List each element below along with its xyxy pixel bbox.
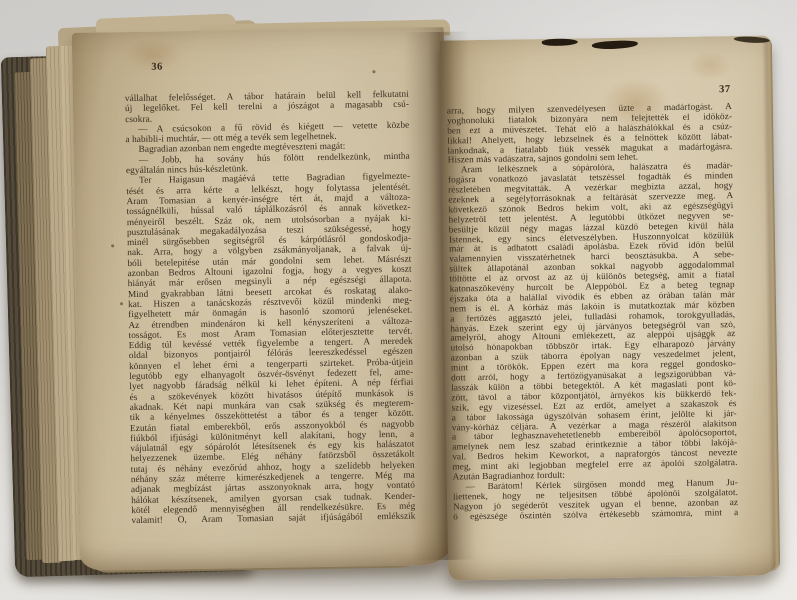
paper-speck [372, 70, 375, 73]
left-page-text: vállalhat felelősséget. A tábor határain… [125, 90, 416, 527]
paper-speck [120, 302, 123, 305]
paper-speck [111, 244, 114, 247]
right-page-text: arra, hogy milyen szenvedélyesen űzte a … [447, 103, 738, 523]
page-number-left: 36 [124, 57, 434, 73]
left-page: 36 vállalhat felelősséget. A tábor határ… [72, 27, 452, 571]
book-photo: 36 vállalhat felelősséget. A tábor határ… [0, 0, 797, 600]
right-page: 37 arra, hogy milyen szenvedélyesen űzte… [440, 35, 780, 580]
paper-stain [688, 50, 732, 81]
page-number-right: 37 [446, 84, 753, 100]
top-edge-damage [592, 40, 638, 50]
fore-edge [762, 37, 780, 571]
top-edge-damage [542, 38, 578, 46]
